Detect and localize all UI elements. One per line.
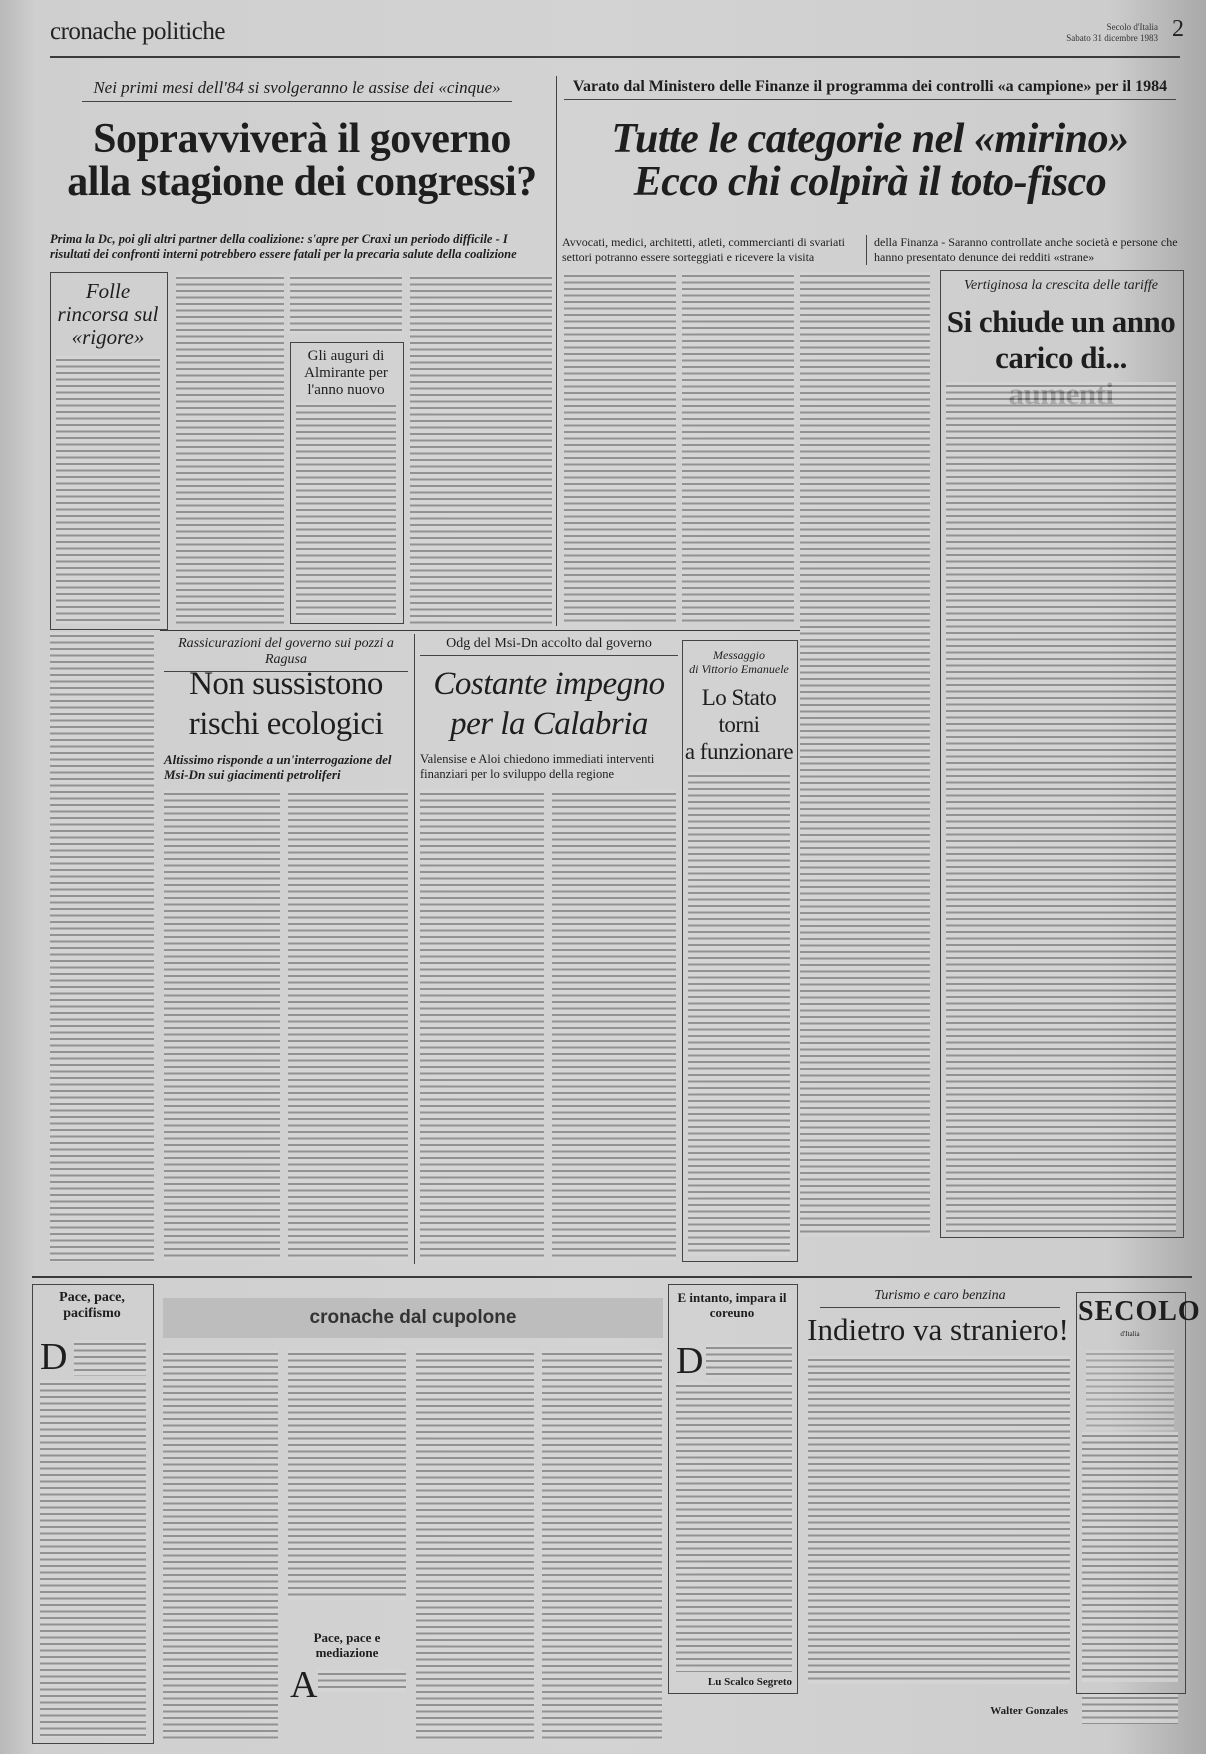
dropcap: A	[290, 1666, 317, 1704]
calabria-kicker: Odg del Msi-Dn accolto dal governo	[420, 636, 678, 656]
masthead-footer	[1082, 1694, 1178, 1724]
governo-body-col3	[410, 274, 552, 624]
vittorio-emanuele-kicker: Messaggio di Vittorio Emanuele	[684, 648, 794, 676]
masthead-staff	[1086, 1350, 1174, 1430]
pacifismo-headline: Pace, pace, pacifismo	[40, 1290, 144, 1322]
mediazione-headline: Pace, pace e mediazione	[288, 1630, 406, 1660]
totofisco-deck-right: della Finanza - Saranno controllate anch…	[874, 235, 1184, 265]
cupolone-body-col1	[163, 1350, 278, 1740]
newspaper-name: Secolo d'Italia	[1066, 22, 1158, 33]
masthead-info	[1082, 1432, 1178, 1682]
pacifismo-body-top	[74, 1340, 146, 1376]
governo-headline: Sopravviverà il governo alla stagione de…	[44, 118, 560, 204]
section-title: cronache politiche	[50, 18, 225, 46]
governo-kicker: Nei primi mesi dell'84 si svolgeranno le…	[82, 78, 512, 102]
newspaper-page: cronache politiche Secolo d'Italia Sabat…	[0, 0, 1206, 1754]
cupolone-banner: cronache dal cupolone	[163, 1298, 663, 1338]
column-divider	[556, 76, 557, 626]
dropcap: D	[40, 1338, 67, 1376]
coreuno-body	[676, 1382, 792, 1672]
mediazione-body	[318, 1670, 406, 1692]
straniero-body	[808, 1356, 1070, 1684]
straniero-signature: Walter Gonzales	[810, 1705, 1068, 1717]
cupolone-body-col4	[542, 1350, 662, 1740]
totofisco-deck-left: Avvocati, medici, architetti, atleti, co…	[562, 235, 862, 265]
pacifismo-body	[40, 1380, 146, 1738]
totofisco-body-col1	[564, 272, 676, 622]
deck-divider	[866, 235, 867, 265]
issue-date: Sabato 31 dicembre 1983	[1066, 33, 1158, 44]
calabria-body-col1	[420, 790, 544, 1260]
bottom-rule	[32, 1276, 1192, 1278]
calabria-deck: Valensise e Aloi chiedono immediati inte…	[420, 752, 678, 782]
aumenti-body	[946, 382, 1176, 1232]
straniero-headline: Indietro va straniero!	[800, 1312, 1076, 1348]
cupolone-body-col2	[288, 1350, 406, 1600]
almirante-headline: Gli auguri di Almirante per l'anno nuovo	[292, 348, 400, 399]
ragusa-body-col2	[288, 790, 408, 1260]
ragusa-deck: Altissimo risponde a un'interrogazione d…	[164, 752, 408, 782]
ragusa-headline: Non sussistono rischi ecologici	[160, 664, 412, 744]
masthead-meta: Secolo d'Italia Sabato 31 dicembre 1983	[1066, 22, 1158, 44]
aumenti-kicker: Vertiginosa la crescita delle tariffe	[944, 278, 1178, 294]
governo-body-col1	[176, 274, 284, 624]
masthead-subtitle: d'Italia	[1078, 1330, 1182, 1338]
cupolone-body-col3	[416, 1350, 534, 1740]
folle-rincorsa-body	[56, 356, 160, 624]
dropcap: D	[676, 1342, 703, 1380]
vittorio-emanuele-body	[688, 772, 790, 1256]
page-number: 2	[1172, 16, 1184, 43]
totofisco-kicker: Varato dal Ministero delle Finanze il pr…	[564, 78, 1176, 100]
totofisco-body-col3	[800, 272, 930, 1237]
coreuno-body-top	[706, 1344, 792, 1378]
vittorio-emanuele-headline: Lo Stato torni a funzionare	[684, 684, 794, 765]
coreuno-signature: Lu Scalco Segreto	[676, 1676, 792, 1688]
governo-deck: Prima la Dc, poi gli altri partner della…	[50, 232, 550, 262]
calabria-headline: Costante impegno per la Calabria	[418, 664, 680, 744]
mid-rule	[160, 630, 800, 631]
header-rule	[50, 56, 1180, 58]
masthead-title: SECOLO	[1078, 1296, 1182, 1328]
ragusa-body-col1	[164, 790, 280, 1260]
governo-body-col2-top	[290, 274, 402, 334]
column-divider-2	[414, 634, 415, 1264]
totofisco-body-col2	[682, 272, 794, 622]
folle-rincorsa-headline: Folle rincorsa sul «rigore»	[54, 280, 162, 349]
governo-body-continued	[50, 632, 154, 1262]
totofisco-headline: Tutte le categorie nel «mirino» Ecco chi…	[564, 118, 1176, 204]
coreuno-headline: E intanto, impara il coreuno	[672, 1290, 792, 1320]
straniero-kicker: Turismo e caro benzina	[820, 1288, 1060, 1308]
almirante-body	[296, 402, 396, 618]
calabria-body-col2	[552, 790, 676, 1260]
